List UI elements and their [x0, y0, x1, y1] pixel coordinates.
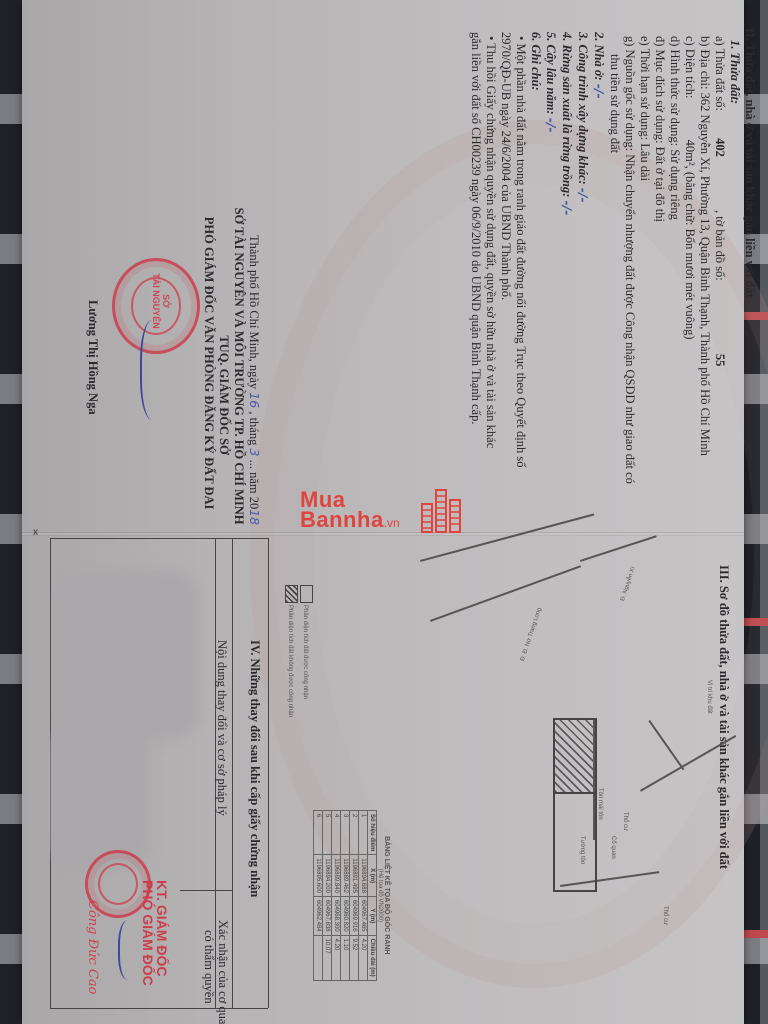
date-prefix: Thành phố Hồ Chí Minh, ngày [247, 235, 261, 389]
coord-header: Y (m) [368, 896, 377, 935]
map-label: Thổ cư [622, 812, 628, 831]
other-construction-value: -/- [576, 188, 591, 203]
date-day: 16 [247, 392, 262, 408]
sub1-title: 1. Thửa đất: [727, 28, 742, 484]
date-year-label: ... năm 20 [247, 460, 261, 510]
corner-cross-mark: x [33, 527, 38, 538]
legend-label-recognized: Phần diện tích đất được công nhận [302, 605, 308, 699]
usage-purpose-label: đ) Mục đích sử dụng: [653, 36, 667, 143]
coord-cell: 604969.916 [350, 896, 359, 935]
coord-table-row: 61196895.600604962.484 [314, 811, 323, 981]
parcel-number-value: 402 [713, 114, 727, 157]
usage-form-value: Sử dụng riêng [668, 149, 682, 220]
note-1-line-1: • Một phần nhà đất nằm trong ranh giáo đ… [513, 28, 528, 484]
coord-cell: 4.20 [359, 935, 368, 980]
coord-cell: 604960.820 [341, 896, 350, 935]
coord-cell: 6 [314, 811, 323, 855]
section-iv-col-confirmation: Xác nhận của cơ quan [215, 920, 230, 1024]
coord-cell: 1196891.495 [350, 855, 359, 897]
table-divider [180, 890, 232, 891]
usage-origin-continued: thu tiền sử dụng đất [607, 28, 622, 484]
parcel-number-label: a) Thửa đất số: [713, 36, 727, 111]
usage-term-label: e) Thời hạn sử dụng: [638, 36, 652, 140]
section-iv-col-confirmation-2: có thẩm quyền [201, 930, 216, 1004]
handwritten-signature [140, 320, 170, 420]
coord-cell: 10.07 [323, 935, 332, 980]
building-logo-icon [420, 488, 462, 534]
section-ii-block: II. Thửa đất, nhà ở và tài sản khác gắn … [468, 28, 757, 484]
coord-cell [314, 935, 323, 980]
coord-cell: 1196889.840 [332, 855, 341, 897]
perennial-value: -/- [544, 118, 559, 133]
notes-label: 6. Ghi chú: [528, 28, 543, 484]
coord-table-row: 41196889.840604968.3004.20 [332, 811, 341, 981]
address-label: b) Địa chỉ: [698, 36, 712, 89]
watermark-line-2: Bannha [300, 510, 384, 530]
handwritten-signature [118, 920, 142, 980]
note-2-line-1: • Thu hồi Giấy chứng nhận quyền sử dụng … [483, 28, 498, 484]
redacted-area [50, 720, 150, 870]
coord-cell: 604967.838 [323, 896, 332, 935]
usage-term-row: e) Thời hạn sử dụng: Lâu dài [637, 28, 652, 484]
forest-row: 4. Rừng sản xuất là rừng trồng: -/- [559, 28, 575, 484]
coord-cell: 2 [350, 811, 359, 855]
section-iii-title: III. Sơ đồ thửa đất, nhà ở và tài sản kh… [716, 565, 731, 869]
org-authority: TUQ. GIÁM ĐỐC SỞ [216, 235, 231, 525]
forest-label: 4. Rừng sản xuất là rừng trồng: [560, 32, 574, 197]
usage-form-label: d) Hình thức sử dụng: [668, 36, 682, 146]
coord-cell: 1196894.200 [323, 855, 332, 897]
map-sheet-value: 55 [713, 284, 727, 367]
table-border [268, 538, 269, 1008]
usage-purpose-value: Đất ở tại đô thị [653, 147, 667, 222]
redacted-area [60, 570, 200, 740]
house-label: 2. Nhà ở: [592, 32, 606, 81]
coord-cell: 604967.465 [359, 896, 368, 935]
map-label: Tôn mái tôn [597, 788, 603, 820]
usage-form-row: d) Hình thức sử dụng: Sử dụng riêng [667, 28, 682, 484]
coord-table-title: BẢNG LIỆT KÊ TỌA ĐỘ GÓC RANH [383, 810, 390, 981]
usage-purpose-row: đ) Mục đích sử dụng: Đất ở tại đô thị [652, 28, 667, 484]
coordinate-table-block: BẢNG LIỆT KÊ TỌA ĐỘ GÓC RANH (Hệ tọa độ … [313, 810, 390, 981]
date-month-label: , tháng [247, 411, 261, 445]
usage-origin-row: g) Nguồn gốc sử dụng: Nhận chuyển nhượng… [622, 28, 637, 484]
coord-cell: 5 [323, 811, 332, 855]
coord-cell: 1 [359, 811, 368, 855]
area-row: c) Diện tích: 40m², (bằng chữ: Bốn mươi … [682, 28, 697, 484]
legend-label-not-recognized: Phần diện tích đất không được công nhận [287, 605, 293, 717]
coord-table-row: 51196894.200604967.83810.07 [323, 811, 332, 981]
coord-cell: 604962.484 [314, 896, 323, 935]
section-iv-col-changes: Nội dung thay đổi và cơ sở pháp lý [214, 640, 229, 816]
house-value: -/- [592, 84, 607, 99]
issue-date: Thành phố Hồ Chí Minh, ngày 16 , tháng 3… [246, 235, 262, 525]
map-label: Tường tôn [579, 836, 585, 864]
muabannha-watermark: Mua Bannha .vn [300, 490, 400, 530]
coord-cell: 4.20 [332, 935, 341, 980]
usage-term-value: Lâu dài [638, 143, 652, 181]
note-2-line-2: gắn liền với đất số CH00239 ngày 06/9/20… [468, 28, 483, 484]
signature-block: Thành phố Hồ Chí Minh, ngày 16 , tháng 3… [201, 235, 262, 525]
watermark-suffix: .vn [384, 516, 400, 530]
date-month: 3 [247, 448, 262, 456]
coord-header: Số hiệu điểm [368, 811, 377, 855]
legend-swatch-recognized [300, 585, 313, 603]
address-value: 362 Nguyễn Xí, Phường 13, Quận Bình Thạn… [698, 93, 712, 456]
perennial-label: 5. Cây lâu năm: [544, 32, 558, 115]
usage-origin-label: g) Nguồn gốc sử dụng: [623, 36, 637, 151]
area-label: c) Diện tích: [683, 36, 697, 98]
section-iv-signer: Công Đức Cao [85, 900, 100, 994]
coord-cell: 9.52 [350, 935, 359, 980]
coord-cell: 3 [341, 811, 350, 855]
note-1-line-2: 2970/QĐ-UB ngày 24/6/2004 của UBND Thành… [498, 28, 513, 484]
coord-header: Chiều dài (m) [368, 935, 377, 980]
stamp-title-1: KT. GIÁM ĐỐC [154, 880, 170, 976]
coord-cell: 1196894.688 [359, 855, 368, 897]
map-label: Cổ quan [610, 836, 616, 859]
table-border [50, 1008, 268, 1009]
coord-table-row: 11196894.688604967.4654.20 [359, 811, 368, 981]
coord-cell: 4 [332, 811, 341, 855]
coord-table-row: 21196891.495604969.9169.52 [350, 811, 359, 981]
area-value: 40m², (bằng chữ: Bốn mươi mét vuông) [683, 102, 697, 340]
map-label: Thổ cư [662, 906, 668, 925]
org-name: SỞ TÀI NGUYÊN VÀ MÔI TRƯỜNG TP. HỒ CHÍ M… [231, 207, 246, 525]
coord-cell: 604968.300 [332, 896, 341, 935]
other-construction-label: 3. Công trình xây dựng khác: [576, 32, 590, 185]
coord-cell: 1196895.600 [314, 855, 323, 897]
usage-origin-value: Nhận chuyển nhượng đất được Công nhận QS… [623, 154, 637, 484]
coord-cell: 1196889.462 [341, 855, 350, 897]
stamp-title-2: PHÓ GIÁM ĐỐC [140, 880, 156, 986]
section-ii-title: II. Thửa đất, nhà ở và tài sản khác gắn … [742, 28, 757, 484]
table-border [232, 538, 233, 1008]
paper-fold-line [22, 532, 744, 536]
map-label: Vị trí khu đất [706, 680, 712, 714]
perennial-row: 5. Cây lâu năm: -/- [543, 28, 559, 484]
house-row: 2. Nhà ở: -/- [591, 28, 607, 484]
other-construction-row: 3. Công trình xây dựng khác: -/- [575, 28, 591, 484]
section-iv-title: IV. Những thay đổi sau khi cấp giấy chứn… [247, 640, 262, 897]
map-sheet-label: , tờ bản đồ số: [713, 160, 727, 281]
coord-cell: 1.10 [341, 935, 350, 980]
coord-table-row: 31196889.462604960.8201.10 [341, 811, 350, 981]
address-row: b) Địa chỉ: 362 Nguyễn Xí, Phường 13, Qu… [697, 28, 712, 484]
legend-swatch-not-recognized [285, 585, 298, 603]
table-border [50, 538, 268, 539]
non-recognized-area-hatch [553, 718, 597, 794]
date-year: 18 [247, 509, 262, 525]
coord-header: X (m) [368, 855, 377, 897]
coordinate-table: Số hiệu điểm X (m) Y (m) Chiều dài (m) 1… [313, 810, 377, 981]
signer-name: Lương Thị Hồng Nga [85, 300, 100, 415]
signer-title: PHÓ GIÁM ĐỐC VĂN PHÒNG ĐĂNG KÝ ĐẤT ĐAI [201, 201, 216, 525]
parcel-number-row: a) Thửa đất số: 402 , tờ bản đồ số: 55 [712, 28, 727, 484]
forest-value: -/- [560, 201, 575, 216]
